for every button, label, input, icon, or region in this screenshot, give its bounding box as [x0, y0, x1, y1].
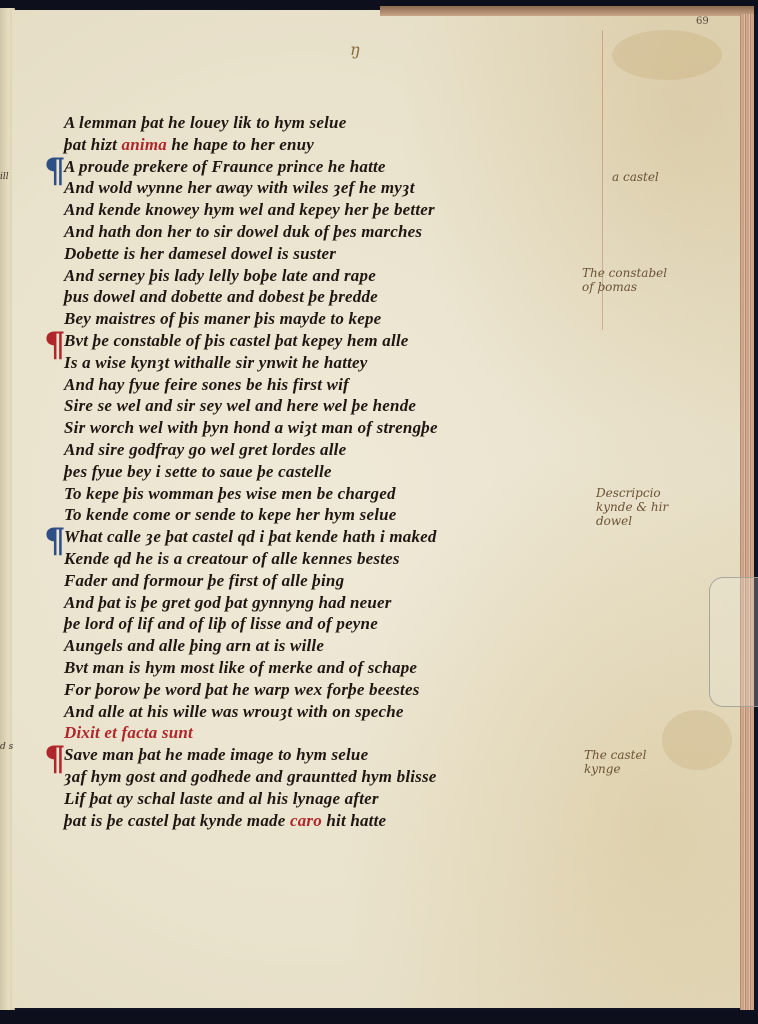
verse-line: And serney þis lady lelly boþe late and …	[64, 265, 604, 287]
verse-text: þat hizt	[64, 135, 117, 154]
verse-text: Bey maistres of þis maner þis mayde to k…	[64, 309, 381, 328]
verse-text: A lemman þat he louey lik to hym selue	[64, 113, 346, 132]
verse-text: Is a wise kynȝt withalle sir ynwit he ha…	[64, 353, 368, 372]
verse-text: Bvt man is hym most like of merke and of…	[64, 658, 417, 677]
corner-folio-number: 69	[696, 16, 709, 27]
verse-line: And kende knowey hym wel and kepey her þ…	[64, 199, 604, 221]
paraph-mark-icon: ¶	[44, 742, 66, 776]
verse-text: ȝaf hym gost and godhede and grauntted h…	[64, 767, 437, 786]
rubric-text: Dixit et facta sunt	[64, 723, 193, 742]
gutter-mark: d s	[0, 740, 13, 754]
rubric-line: Dixit et facta sunt	[64, 722, 604, 744]
backdrop-bottom	[0, 1010, 758, 1024]
page-clip	[709, 577, 758, 707]
marginal-note: The castel kynge	[584, 748, 646, 776]
verse-text: Sir worch wel with þyn hond a wiȝt man o…	[64, 418, 438, 437]
verse-text: What calle ȝe þat castel qd i þat kende …	[64, 527, 437, 546]
verse-text: To kende come or sende to kepe her hym s…	[64, 505, 397, 524]
verse-text: And kende knowey hym wel and kepey her þ…	[64, 200, 435, 219]
verse-text: And hay fyue feire sones be his first wi…	[64, 375, 349, 394]
stain	[612, 30, 722, 80]
verse-text: And sire godfray go wel gret lordes alle	[64, 440, 346, 459]
verse-text: Kende qd he is a creatour of alle kennes…	[64, 549, 400, 568]
verse-text: Save man þat he made image to hym selue	[64, 745, 368, 764]
verse-line: And alle at his wille was wrouȝt with on…	[64, 701, 604, 723]
marginal-note: Descripcio kynde & hir dowel	[596, 486, 668, 528]
verse-text: Fader and formour þe first of alle þing	[64, 571, 344, 590]
verse-line: Aungels and alle þing arn at is wille	[64, 635, 604, 657]
verse-text: hit hatte	[326, 811, 386, 830]
verse-line: ¶What calle ȝe þat castel qd i þat kende…	[64, 526, 604, 548]
verse-text: Dobette is her damesel dowel is suster	[64, 244, 336, 263]
verse-text: þat is þe castel þat kynde made	[64, 811, 286, 830]
marginal-note: a castel	[612, 170, 659, 184]
verse-line: Dobette is her damesel dowel is suster	[64, 243, 604, 265]
verse-text: þe lord of lif and of liþ of lisse and o…	[64, 614, 378, 633]
verse-line: þes fyue bey i sette to saue þe castelle	[64, 461, 604, 483]
paraph-mark-icon: ¶	[44, 328, 66, 362]
verse-line: Fader and formour þe first of alle þing	[64, 570, 604, 592]
verse-text: And alle at his wille was wrouȝt with on…	[64, 702, 404, 721]
verse-line: A lemman þat he louey lik to hym selue	[64, 112, 604, 134]
verse-line: Bey maistres of þis maner þis mayde to k…	[64, 308, 604, 330]
verse-line: þat is þe castel þat kynde made caro hit…	[64, 810, 604, 832]
verse-text: To kepe þis womman þes wise men be charg…	[64, 484, 396, 503]
verse-line: þat hizt anima he hape to her enuy	[64, 134, 604, 156]
verse-line: Sir worch wel with þyn hond a wiȝt man o…	[64, 417, 604, 439]
verse-line: To kende come or sende to kepe her hym s…	[64, 504, 604, 526]
verse-line: And sire godfray go wel gret lordes alle	[64, 439, 604, 461]
verse-line: And hath don her to sir dowel duk of þes…	[64, 221, 604, 243]
gutter-mark: ill	[0, 170, 9, 184]
verse-line: ȝaf hym gost and godhede and grauntted h…	[64, 766, 604, 788]
verse-text: he hape to her enuy	[171, 135, 314, 154]
verse-line: þus dowel and dobette and dobest þe þred…	[64, 286, 604, 308]
stain	[662, 710, 732, 770]
folio-mark: ŋ	[350, 40, 360, 59]
verse-line: And hay fyue feire sones be his first wi…	[64, 374, 604, 396]
verse-line: ¶Save man þat he made image to hym selue	[64, 744, 604, 766]
rubric-text: caro	[290, 811, 322, 830]
verse-line: And þat is þe gret god þat gynnyng had n…	[64, 592, 604, 614]
verse-text: Bvt þe constable of þis castel þat kepey…	[64, 331, 409, 350]
verse-text: For þorow þe word þat he warp wex forþe …	[64, 680, 420, 699]
verse-line: Sire se wel and sir sey wel and here wel…	[64, 395, 604, 417]
page-edge-right	[740, 14, 754, 1010]
page-edge-top	[380, 6, 754, 16]
verse-line: Kende qd he is a creatour of alle kennes…	[64, 548, 604, 570]
verse-text: Lif þat ay schal laste and al his lynage…	[64, 789, 379, 808]
verse-text: And wold wynne her away with wiles ȝef h…	[64, 178, 415, 197]
verse-text: Sire se wel and sir sey wel and here wel…	[64, 396, 416, 415]
verse-line: To kepe þis womman þes wise men be charg…	[64, 483, 604, 505]
verse-line: For þorow þe word þat he warp wex forþe …	[64, 679, 604, 701]
verse-line: Lif þat ay schal laste and al his lynage…	[64, 788, 604, 810]
verse-text: A proude prekere of Fraunce prince he ha…	[64, 157, 386, 176]
verse-text: And þat is þe gret god þat gynnyng had n…	[64, 593, 392, 612]
verse-line: ¶Bvt þe constable of þis castel þat kepe…	[64, 330, 604, 352]
verse-line: ¶A proude prekere of Fraunce prince he h…	[64, 156, 604, 178]
verse-text: And hath don her to sir dowel duk of þes…	[64, 222, 422, 241]
main-text-block: A lemman þat he louey lik to hym selueþa…	[64, 112, 604, 831]
verse-text: þus dowel and dobette and dobest þe þred…	[64, 287, 378, 306]
verse-line: þe lord of lif and of liþ of lisse and o…	[64, 613, 604, 635]
verse-text: þes fyue bey i sette to saue þe castelle	[64, 462, 332, 481]
verse-line: Is a wise kynȝt withalle sir ynwit he ha…	[64, 352, 604, 374]
verse-text: Aungels and alle þing arn at is wille	[64, 636, 324, 655]
verse-text: And serney þis lady lelly boþe late and …	[64, 266, 376, 285]
paraph-mark-icon: ¶	[44, 524, 66, 558]
rubric-text: anima	[122, 135, 167, 154]
paraph-mark-icon: ¶	[44, 154, 66, 188]
marginal-note: The constabel of þomas	[582, 266, 667, 294]
verse-line: And wold wynne her away with wiles ȝef h…	[64, 177, 604, 199]
verse-line: Bvt man is hym most like of merke and of…	[64, 657, 604, 679]
